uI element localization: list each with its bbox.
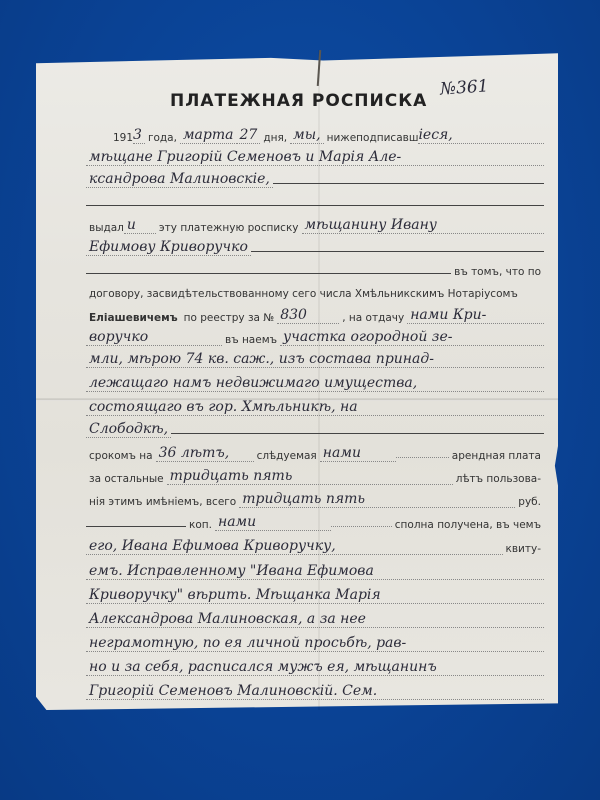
handwritten-line: Слободкѣ,: [86, 416, 544, 438]
blank-rule: [86, 272, 451, 274]
day-label: дня,: [260, 132, 290, 144]
handwritten-line: мѣщане Григорій Семеновъ и Марія Але-: [86, 144, 544, 166]
issued-line: выдал и эту платежную росписку мѣщанину …: [86, 212, 544, 234]
handwritten-line: Ефимову Криворучко: [86, 234, 544, 256]
date-line: 191 3 года, марта 27 дня, мы, нижеподпис…: [86, 122, 544, 144]
document-number: №361: [439, 76, 489, 99]
receipt-line: его, Ивана Ефимова Криворучку, квиту-: [86, 533, 544, 555]
total-line: нія этимъ имѣніемъ, всего тридцать пять …: [86, 486, 544, 508]
signed-label: нижеподписавш: [324, 132, 419, 144]
receipt-hand: его, Ивана Ефимова Криворучку,: [86, 538, 503, 555]
year-prefix: 191: [110, 132, 133, 144]
plot-hand: участка огородной зе-: [280, 329, 544, 346]
term-label: срокомъ на: [86, 450, 156, 462]
years-hand: тридцать пять: [167, 468, 453, 485]
issued-label: выдал: [86, 222, 124, 234]
signature-hand-5: Григорій Семеновъ Малиновскій. Сем.: [86, 683, 544, 700]
signature-hand-3: неграмотную, по ея личной просьбѣ, рав-: [86, 635, 544, 652]
correction-hand: емъ. Исправленному "Ивана Ефимова: [86, 563, 544, 580]
handwritten-line: лежащаго намъ недвижимаго имущества,: [86, 370, 544, 392]
signed-hand: iеся,: [418, 127, 544, 144]
property-hand: лежащаго намъ недвижимаго имущества,: [86, 375, 544, 392]
remaining-label: за остальные: [86, 473, 167, 485]
blank-rule: [251, 250, 544, 252]
blank-rule: [86, 204, 544, 206]
handwritten-line: Криворучку" вѣрить. Мѣщанка Марія: [86, 582, 544, 604]
kopeck-rule: [86, 525, 186, 527]
lease-label: , на отдачу: [339, 312, 407, 324]
amount-hand: тридцать пять: [239, 491, 515, 508]
year-hand: 3: [133, 127, 145, 144]
handwritten-line: воручко въ наемъ участка огородной зе-: [86, 324, 544, 346]
handwritten-line: Григорій Семеновъ Малиновскій. Сем.: [86, 678, 544, 700]
blank-rule: [171, 432, 544, 434]
rub-label: руб.: [515, 496, 544, 508]
received-label: сполна получена, въ чемъ: [392, 519, 544, 531]
rent-label: въ наемъ: [222, 334, 280, 346]
years-line: за остальные тридцать пять лѣтъ пользова…: [86, 463, 544, 485]
printed-line: договору, засвидѣтельствованному сего чи…: [86, 278, 544, 300]
handwritten-line: емъ. Исправленному "Ивана Ефимова: [86, 558, 544, 580]
handwritten-line: состоящаго въ гор. Хмѣльникѣ, на: [86, 394, 544, 416]
due-hand: нами: [320, 445, 396, 462]
usage-label: лѣтъ пользова-: [453, 473, 544, 485]
plot-size-hand: мли, мѣрою 74 кв. саж., изъ состава прин…: [86, 351, 544, 368]
lease-hand: нами Кри-: [407, 307, 544, 324]
kop-label: коп.: [186, 519, 215, 531]
kopeck-line: коп. нами сполна получена, въ чемъ: [86, 509, 544, 531]
registry-number: 830: [277, 307, 339, 324]
document-title: ПЛАТЕЖНАЯ РОСПИСКА: [170, 91, 427, 111]
location-hand-2: Слободкѣ,: [86, 421, 171, 438]
handwritten-line: мли, мѣрою 74 кв. саж., изъ состава прин…: [86, 346, 544, 368]
notary-text: договору, засвидѣтельствованному сего чи…: [86, 288, 521, 300]
term-hand: 36 лѣтъ,: [156, 445, 254, 462]
we-hand: мы,: [290, 127, 323, 144]
printed-line: въ томъ, что по: [86, 256, 544, 278]
day-hand: 27: [237, 127, 261, 144]
signature-hand-1: Криворучку" вѣрить. Мѣщанка Марія: [86, 587, 544, 604]
receipt-label: эту платежную росписку: [156, 222, 302, 234]
blank-rule: [273, 182, 544, 184]
handwritten-line: но и за себя, расписался мужъ ея, мѣщани…: [86, 654, 544, 676]
handwritten-line: Александрова Малиновская, а за нее: [86, 606, 544, 628]
rent-payment-label: арендная плата: [449, 450, 544, 462]
handwritten-line: неграмотную, по ея личной просьбѣ, рав-: [86, 630, 544, 652]
received-by-hand: нами: [215, 514, 331, 531]
signature-hand-2: Александрова Малиновская, а за нее: [86, 611, 544, 628]
location-hand: состоящаго въ гор. Хмѣльникѣ, на: [86, 399, 544, 416]
payers-names: мѣщане Григорій Семеновъ и Марія Але-: [86, 149, 544, 166]
total-label: нія этимъ имѣніемъ, всего: [86, 496, 239, 508]
issued-hand: и: [124, 217, 156, 234]
handwritten-line: ксандрова Малиновскiе,: [86, 166, 544, 188]
recipient-hand: мѣщанину Ивану: [302, 217, 544, 234]
payers-surname: ксандрова Малиновскiе,: [86, 171, 273, 188]
lessee-hand: воручко: [86, 329, 222, 346]
registry-label: по реестру за №: [181, 312, 278, 324]
recipient-surname: Ефимову Криворучко: [86, 239, 251, 256]
registry-line: Еліашевичемъ по реестру за № 830 , на от…: [86, 302, 544, 324]
signature-hand-4: но и за себя, расписался мужъ ея, мѣщани…: [86, 659, 544, 676]
in-that-label: въ томъ, что по: [451, 266, 544, 278]
notary-name: Еліашевичемъ: [86, 312, 181, 324]
term-line: срокомъ на 36 лѣтъ, слѣдуемая нами аренд…: [86, 440, 544, 462]
blank-line: [86, 188, 544, 210]
year-label: года,: [145, 132, 180, 144]
month-hand: марта: [180, 127, 237, 144]
due-label: слѣдуемая: [254, 450, 320, 462]
acknowledge-label: квиту-: [503, 543, 544, 555]
